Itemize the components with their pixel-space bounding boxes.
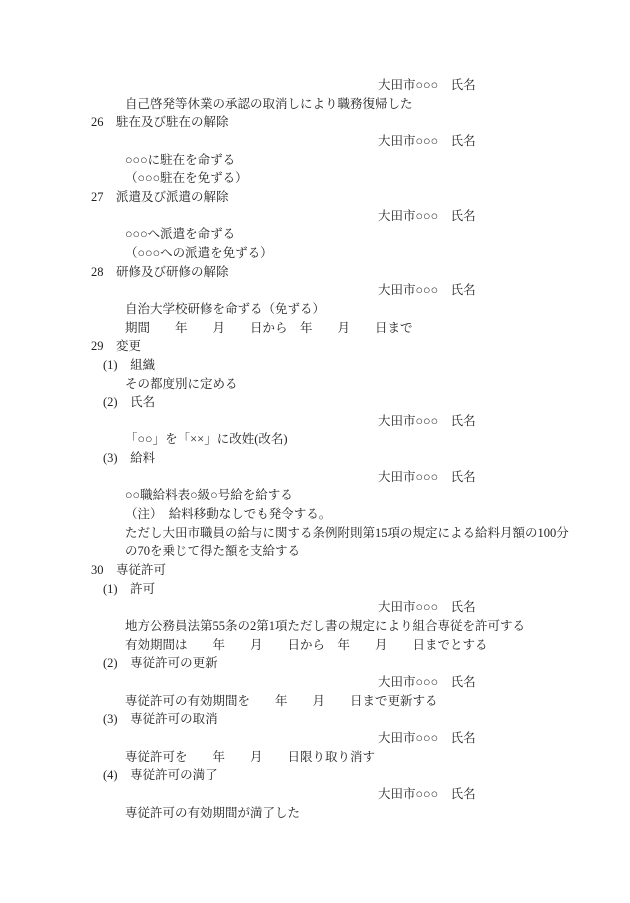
body-line: 自己啓発等休業の承認の取消しにより職務復帰した (0, 95, 630, 114)
issuer-line: 大田市○○○ 氏名 (0, 598, 630, 617)
item-heading-29: 29 変更 (0, 337, 630, 356)
document-body: 大田市○○○ 氏名自己啓発等休業の承認の取消しにより職務復帰した26 駐在及び駐… (0, 76, 630, 822)
body-line: その都度別に定める (0, 375, 630, 394)
body-line: 期間 年 月 日から 年 月 日まで (0, 319, 630, 338)
document-page: 大田市○○○ 氏名自己啓発等休業の承認の取消しにより職務復帰した26 駐在及び駐… (0, 0, 630, 903)
body-line: ○○○へ派遣を命ずる (0, 225, 630, 244)
issuer-line: 大田市○○○ 氏名 (0, 412, 630, 431)
item-heading-30: 30 専従許可 (0, 561, 630, 580)
issuer-line: 大田市○○○ 氏名 (0, 729, 630, 748)
sub-heading-30-3: (3) 専従許可の取消 (0, 710, 630, 729)
sub-heading-29-3: (3) 給料 (0, 449, 630, 468)
body-line: （○○○への派遣を免ずる） (0, 244, 630, 263)
item-heading-26: 26 駐在及び駐在の解除 (0, 113, 630, 132)
body-line: 専従許可の有効期間を 年 月 日まで更新する (0, 692, 630, 711)
issuer-line: 大田市○○○ 氏名 (0, 673, 630, 692)
issuer-line: 大田市○○○ 氏名 (0, 207, 630, 226)
issuer-line: 大田市○○○ 氏名 (0, 132, 630, 151)
body-line: ○○職給料表○級○号給を給する (0, 486, 630, 505)
body-line: 「○○」を「××」に改姓(改名) (0, 430, 630, 449)
item-heading-27: 27 派遣及び派遣の解除 (0, 188, 630, 207)
issuer-line: 大田市○○○ 氏名 (0, 468, 630, 487)
body-line: 自治大学校研修を命ずる（免ずる） (0, 300, 630, 319)
sub-heading-29-2: (2) 氏名 (0, 393, 630, 412)
body-line: 地方公務員法第55条の2第1項ただし書の規定により組合専従を許可する (0, 617, 630, 636)
issuer-line: 大田市○○○ 氏名 (0, 281, 630, 300)
issuer-line: 大田市○○○ 氏名 (0, 785, 630, 804)
body-line: 専従許可の有効期間が満了した (0, 804, 630, 823)
sub-heading-30-1: (1) 許可 (0, 580, 630, 599)
body-line: （○○○駐在を免ずる） (0, 169, 630, 188)
body-line: （注） 給料移動なしでも発令する。 (0, 505, 630, 524)
sub-heading-30-4: (4) 専従許可の満了 (0, 766, 630, 785)
sub-heading-30-2: (2) 専従許可の更新 (0, 654, 630, 673)
body-line: ただし大田市職員の給与に関する条例附則第15項の規定による給料月額の100分 (0, 524, 630, 543)
body-line: の70を乗じて得た額を支給する (0, 542, 630, 561)
issuer-line: 大田市○○○ 氏名 (0, 76, 630, 95)
body-line: 有効期間は 年 月 日から 年 月 日までとする (0, 636, 630, 655)
body-line: ○○○に駐在を命ずる (0, 151, 630, 170)
sub-heading-29-1: (1) 組織 (0, 356, 630, 375)
item-heading-28: 28 研修及び研修の解除 (0, 263, 630, 282)
body-line: 専従許可を 年 月 日限り取り消す (0, 748, 630, 767)
